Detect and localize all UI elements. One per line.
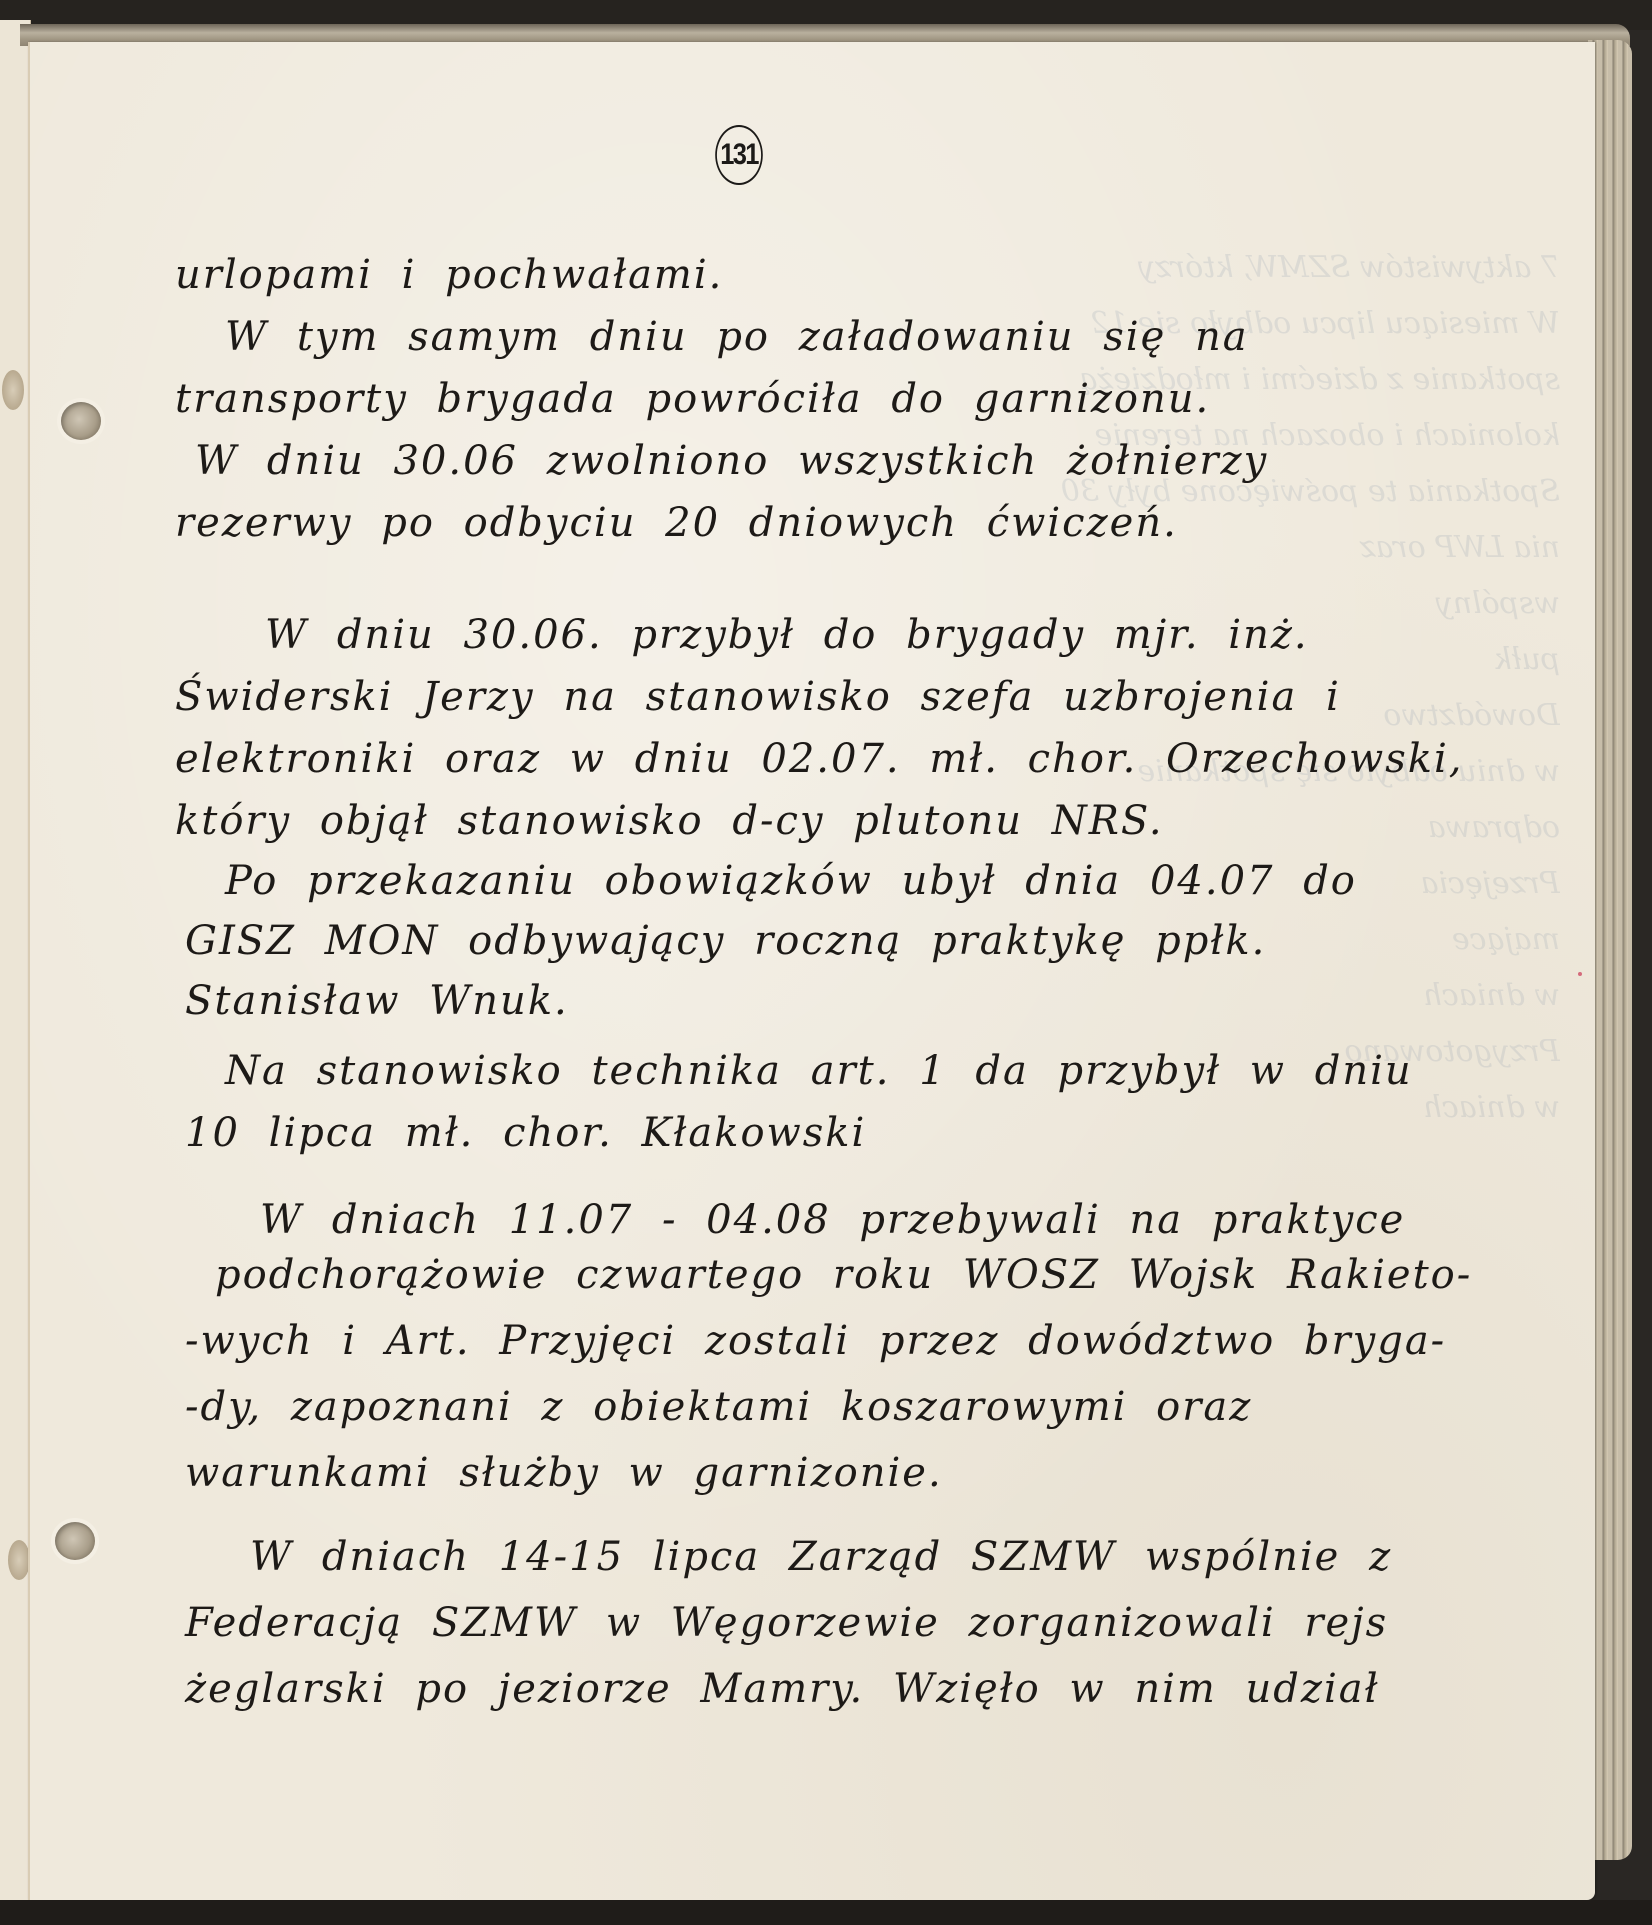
text-line: Po przekazaniu obowiązków ubył dnia 04.0… bbox=[225, 858, 1357, 904]
text-line: W dniach 11.07 - 04.08 przebywali na pra… bbox=[260, 1197, 1405, 1243]
text-line: W dniu 30.06 zwolniono wszystkich żołnie… bbox=[195, 438, 1268, 484]
text-line: Na stanowisko technika art. 1 da przybył… bbox=[225, 1048, 1413, 1094]
text-line: transporty brygada powróciła do garnizon… bbox=[175, 376, 1210, 422]
text-line: Świderski Jerzy na stanowisko szefa uzbr… bbox=[175, 674, 1341, 720]
text-line: podchorążowie czwartego roku WOSZ Wojsk … bbox=[215, 1252, 1472, 1298]
ink-speck bbox=[1578, 972, 1582, 976]
text-line: który objął stanowisko d-cy plutonu NRS. bbox=[175, 798, 1164, 844]
text-line: W dniach 14-15 lipca Zarząd SZMW wspólni… bbox=[250, 1534, 1392, 1580]
text-line: -wych i Art. Przyjęci zostali przez dowó… bbox=[185, 1318, 1446, 1364]
text-line: rezerwy po odbyciu 20 dniowych ćwiczeń. bbox=[175, 500, 1178, 546]
text-line: żeglarski po jeziorze Mamry. Wzięło w ni… bbox=[185, 1666, 1380, 1712]
text-line: warunkami służby w garnizonie. bbox=[185, 1450, 943, 1496]
text-line: Federacją SZMW w Węgorzewie zorganizowal… bbox=[185, 1600, 1388, 1646]
text-line: W tym samym dniu po załadowaniu się na bbox=[225, 314, 1249, 360]
previous-page-punch-hole-top bbox=[2, 370, 24, 410]
punch-hole-top bbox=[61, 402, 101, 440]
text-line: -dy, zapoznani z obiektami koszarowymi o… bbox=[185, 1384, 1252, 1430]
text-line: elektroniki oraz w dniu 02.07. mł. chor.… bbox=[175, 736, 1463, 782]
text-line: GISZ MON odbywający roczną praktykę ppłk… bbox=[185, 918, 1266, 964]
text-line: urlopami i pochwałami. bbox=[175, 252, 723, 298]
scan-backdrop-bottom bbox=[0, 1900, 1652, 1925]
punch-hole-bottom bbox=[55, 1522, 95, 1560]
text-line: W dniu 30.06. przybył do brygady mjr. in… bbox=[265, 612, 1309, 658]
page-number-circled: 131 bbox=[715, 125, 763, 185]
previous-page-edge bbox=[0, 20, 31, 1900]
previous-page-punch-hole-bottom bbox=[8, 1540, 30, 1580]
bleed-line: 7 aktywistów SZMW, którzy bbox=[980, 240, 1560, 296]
text-line: Stanisław Wnuk. bbox=[185, 978, 569, 1024]
text-line: 10 lipca mł. chor. Kłakowski bbox=[185, 1110, 866, 1156]
bleed-line: w dniach bbox=[980, 968, 1560, 1024]
